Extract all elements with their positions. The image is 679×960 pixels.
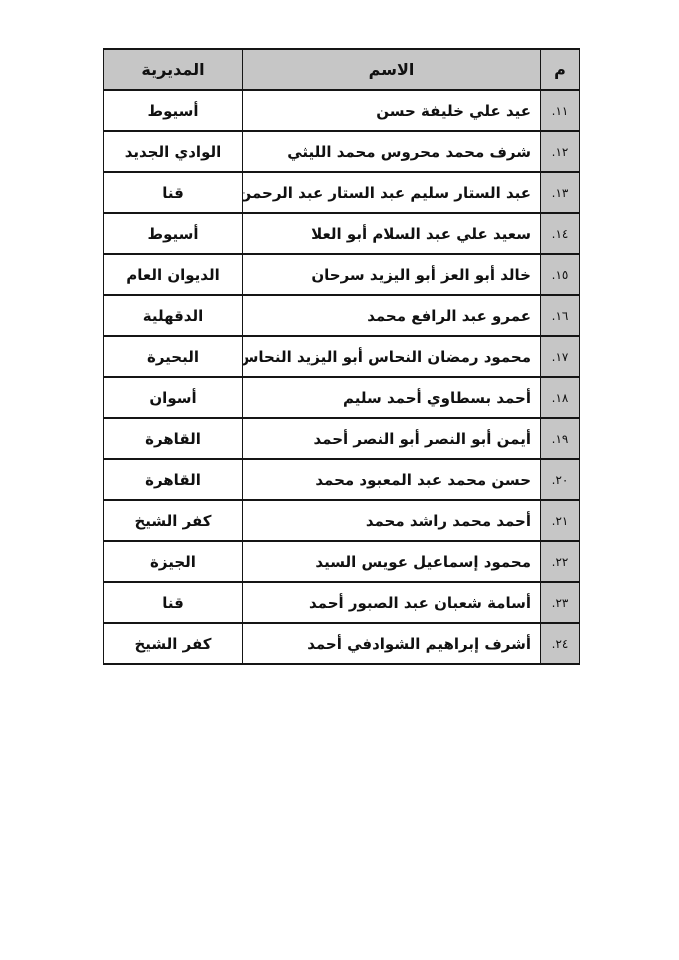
name-cell: أيمن أبو النصر أبو النصر أحمد bbox=[243, 418, 541, 459]
header-number-column: م bbox=[541, 49, 580, 90]
row-number-cell: ٢٠. bbox=[541, 459, 580, 500]
row-number-cell: ١٦. bbox=[541, 295, 580, 336]
directorate-cell: قنا bbox=[104, 172, 243, 213]
name-cell: أحمد محمد راشد محمد bbox=[243, 500, 541, 541]
table-row: ١١. عيد علي خليفة حسن أسيوط bbox=[104, 90, 580, 131]
table-row: ٢٤. أشرف إبراهيم الشوادفي أحمد كفر الشيخ bbox=[104, 623, 580, 664]
directorate-cell: الدقهلية bbox=[104, 295, 243, 336]
header-name-column: الاسم bbox=[243, 49, 541, 90]
row-number-cell: ٢٣. bbox=[541, 582, 580, 623]
table-row: ١٥. خالد أبو العز أبو اليزيد سرحان الديو… bbox=[104, 254, 580, 295]
directorate-cell: كفر الشيخ bbox=[104, 500, 243, 541]
name-cell: حسن محمد عبد المعبود محمد bbox=[243, 459, 541, 500]
name-cell: سعيد علي عبد السلام أبو العلا bbox=[243, 213, 541, 254]
table-header-row: م الاسم المديرية bbox=[104, 49, 580, 90]
directorate-cell: الجيزة bbox=[104, 541, 243, 582]
row-number-cell: ١١. bbox=[541, 90, 580, 131]
directorate-cell: الديوان العام bbox=[104, 254, 243, 295]
directorate-cell: القاهرة bbox=[104, 418, 243, 459]
name-cell: عمرو عبد الرافع محمد bbox=[243, 295, 541, 336]
row-number-cell: ٢١. bbox=[541, 500, 580, 541]
table-row: ١٢. شرف محمد محروس محمد الليثي الوادي ال… bbox=[104, 131, 580, 172]
table-row: ٢٢. محمود إسماعيل عويس السيد الجيزة bbox=[104, 541, 580, 582]
directorate-cell: أسيوط bbox=[104, 213, 243, 254]
row-number-cell: ٢٤. bbox=[541, 623, 580, 664]
table-row: ١٦. عمرو عبد الرافع محمد الدقهلية bbox=[104, 295, 580, 336]
table-row: ٢٣. أسامة شعبان عبد الصبور أحمد قنا bbox=[104, 582, 580, 623]
row-number-cell: ١٥. bbox=[541, 254, 580, 295]
row-number-cell: ١٩. bbox=[541, 418, 580, 459]
table-row: ١٣. عبد الستار سليم عبد الستار عبد الرحم… bbox=[104, 172, 580, 213]
table-row: ١٤. سعيد علي عبد السلام أبو العلا أسيوط bbox=[104, 213, 580, 254]
name-cell: أحمد بسطاوي أحمد سليم bbox=[243, 377, 541, 418]
directorate-cell: كفر الشيخ bbox=[104, 623, 243, 664]
directorate-cell: أسوان bbox=[104, 377, 243, 418]
row-number-cell: ١٤. bbox=[541, 213, 580, 254]
name-cell: أسامة شعبان عبد الصبور أحمد bbox=[243, 582, 541, 623]
name-cell: خالد أبو العز أبو اليزيد سرحان bbox=[243, 254, 541, 295]
row-number-cell: ١٢. bbox=[541, 131, 580, 172]
name-cell: عبد الستار سليم عبد الستار عبد الرحمن bbox=[243, 172, 541, 213]
header-directorate-column: المديرية bbox=[104, 49, 243, 90]
name-cell: أشرف إبراهيم الشوادفي أحمد bbox=[243, 623, 541, 664]
directorate-cell: الوادي الجديد bbox=[104, 131, 243, 172]
directorate-cell: قنا bbox=[104, 582, 243, 623]
name-cell: عيد علي خليفة حسن bbox=[243, 90, 541, 131]
directorate-cell: أسيوط bbox=[104, 90, 243, 131]
table-row: ١٩. أيمن أبو النصر أبو النصر أحمد القاهر… bbox=[104, 418, 580, 459]
name-cell: شرف محمد محروس محمد الليثي bbox=[243, 131, 541, 172]
row-number-cell: ١٨. bbox=[541, 377, 580, 418]
table-body: ١١. عيد علي خليفة حسن أسيوط ١٢. شرف محمد… bbox=[104, 90, 580, 664]
names-table: م الاسم المديرية ١١. عيد علي خليفة حسن أ… bbox=[103, 48, 580, 665]
name-cell: محمود إسماعيل عويس السيد bbox=[243, 541, 541, 582]
directorate-cell: القاهرة bbox=[104, 459, 243, 500]
table-row: ١٧. محمود رمضان النحاس أبو اليزيد النحاس… bbox=[104, 336, 580, 377]
scanned-document-page: م الاسم المديرية ١١. عيد علي خليفة حسن أ… bbox=[0, 0, 679, 960]
table-row: ١٨. أحمد بسطاوي أحمد سليم أسوان bbox=[104, 377, 580, 418]
table-row: ٢١. أحمد محمد راشد محمد كفر الشيخ bbox=[104, 500, 580, 541]
directorate-cell: البحيرة bbox=[104, 336, 243, 377]
row-number-cell: ٢٢. bbox=[541, 541, 580, 582]
name-cell: محمود رمضان النحاس أبو اليزيد النحاس bbox=[243, 336, 541, 377]
row-number-cell: ١٧. bbox=[541, 336, 580, 377]
table-row: ٢٠. حسن محمد عبد المعبود محمد القاهرة bbox=[104, 459, 580, 500]
row-number-cell: ١٣. bbox=[541, 172, 580, 213]
